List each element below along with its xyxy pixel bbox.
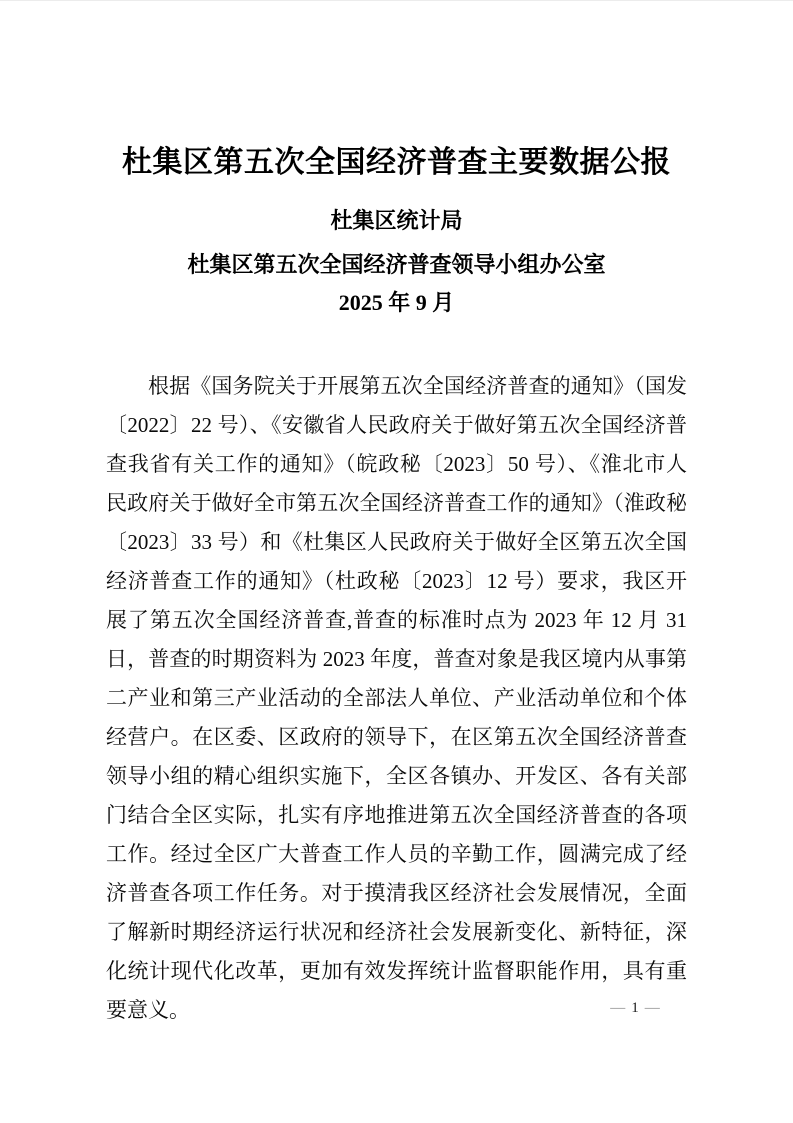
- publication-date: 2025 年 9 月: [106, 285, 687, 321]
- document-content: 杜集区第五次全国经济普查主要数据公报 杜集区统计局 杜集区第五次全国经济普查领导…: [0, 143, 793, 1030]
- page-number-dash-right: —: [639, 1000, 666, 1016]
- body-paragraph: 根据《国务院关于开展第五次全国经济普查的通知》（国发〔2022〕22 号）、《安…: [106, 367, 687, 1030]
- document-page: 杜集区第五次全国经济普查主要数据公报 杜集区统计局 杜集区第五次全国经济普查领导…: [0, 0, 793, 1123]
- page-number-footer: —1—: [580, 998, 690, 1018]
- issuer-line-census-leading-group-office: 杜集区第五次全国经济普查领导小组办公室: [106, 247, 687, 283]
- issuer-line-statistics-bureau: 杜集区统计局: [106, 203, 687, 239]
- page-number-dash-left: —: [604, 1000, 631, 1016]
- document-title: 杜集区第五次全国经济普查主要数据公报: [106, 143, 687, 183]
- page-number: 1: [631, 1000, 639, 1016]
